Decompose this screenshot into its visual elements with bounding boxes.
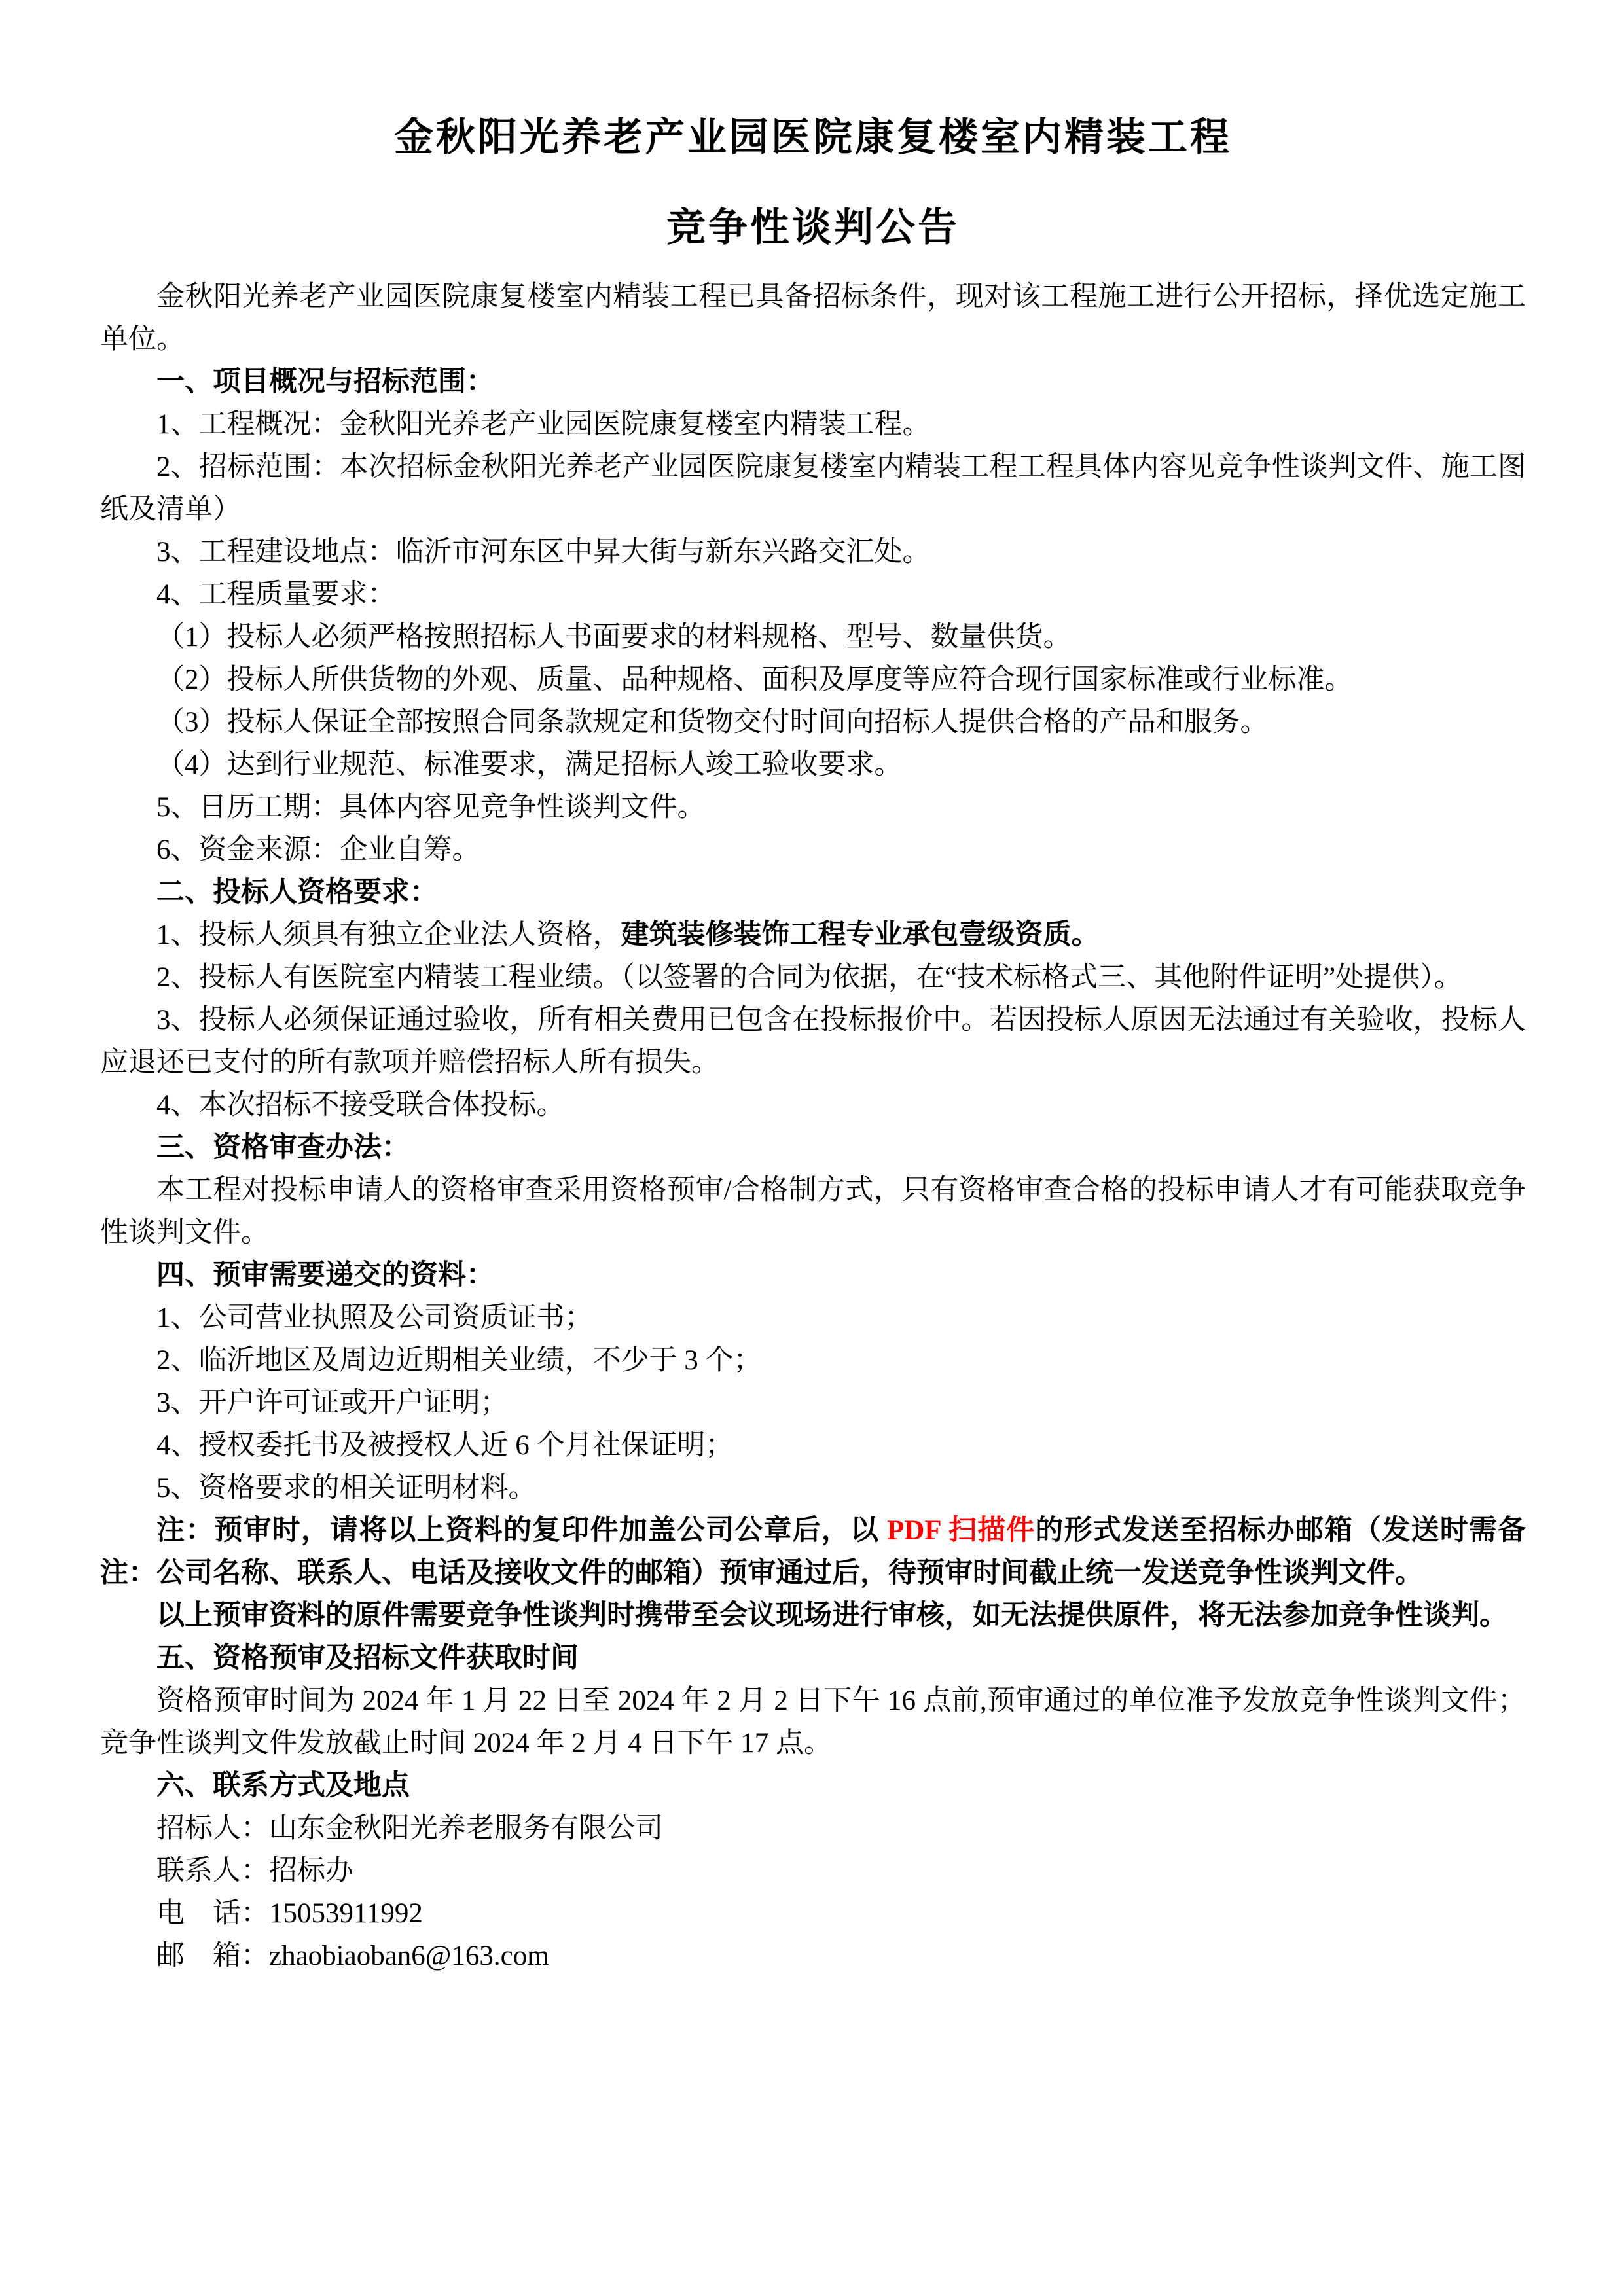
section-heading: 四、预审需要递交的资料： [100, 1254, 1526, 1297]
text-segment: 二、投标人资格要求： [156, 877, 438, 908]
text-segment: 资格预审时间为 2024 年 1 月 22 日至 2024 年 2 月 2 日下… [100, 1685, 1526, 1759]
text-segment: 3、开户许可证或开户证明； [156, 1388, 509, 1418]
paragraph: 6、资金来源：企业自筹。 [100, 829, 1526, 871]
paragraph: 本工程对投标申请人的资格审查采用资格预审/合格制方式，只有资格审查合格的投标申请… [100, 1169, 1526, 1254]
paragraph: 4、授权委托书及被授权人近 6 个月社保证明； [100, 1424, 1526, 1467]
text-segment: 1、投标人须具有独立企业法人资格， [156, 920, 621, 950]
paragraph: 注：预审时，请将以上资料的复印件加盖公司公章后，以 PDF 扫描件的形式发送至招… [100, 1509, 1526, 1594]
text-segment: （3）投标人保证全部按照合同条款规定和货物交付时间向招标人提供合格的产品和服务。 [156, 707, 1269, 738]
section-heading: 一、项目概况与招标范围： [100, 361, 1526, 403]
text-segment: 3、工程建设地点：临沂市河东区中昇大街与新东兴路交汇处。 [156, 537, 931, 567]
highlighted-red-text: PDF 扫描件 [887, 1515, 1035, 1546]
text-segment: 5、资格要求的相关证明材料。 [156, 1473, 537, 1503]
text-segment: 四、预审需要递交的资料： [156, 1260, 494, 1291]
text-segment: 联系人：招标办 [156, 1856, 353, 1886]
paragraph: 3、投标人必须保证通过验收，所有相关费用已包含在投标报价中。若因投标人原因无法通… [100, 999, 1526, 1084]
section-heading: 三、资格审查办法： [100, 1126, 1526, 1169]
paragraph: 2、投标人有医院室内精装工程业绩。（以签署的合同为依据，在“技术标格式三、其他附… [100, 956, 1526, 999]
paragraph: （1）投标人必须严格按照招标人书面要求的材料规格、型号、数量供货。 [100, 616, 1526, 658]
text-segment: 5、日历工期：具体内容见竞争性谈判文件。 [156, 792, 706, 823]
paragraph: 资格预审时间为 2024 年 1 月 22 日至 2024 年 2 月 2 日下… [100, 1679, 1526, 1765]
text-segment: 2、投标人有医院室内精装工程业绩。（以签署的合同为依据，在“技术标格式三、其他附… [156, 962, 1462, 993]
text-segment: 招标人：山东金秋阳光养老服务有限公司 [156, 1813, 663, 1844]
text-segment: 五、资格预审及招标文件获取时间 [156, 1643, 579, 1674]
document-body: 金秋阳光养老产业园医院康复楼室内精装工程已具备招标条件，现对该工程施工进行公开招… [100, 276, 1526, 1977]
text-segment: 邮 箱：zhaobiaoban6@163.com [156, 1941, 549, 1971]
paragraph: 4、本次招标不接受联合体投标。 [100, 1084, 1526, 1126]
paragraph: （2）投标人所供货物的外观、质量、品种规格、面积及厚度等应符合现行国家标准或行业… [100, 658, 1526, 701]
paragraph: 1、工程概况：金秋阳光养老产业园医院康复楼室内精装工程。 [100, 403, 1526, 446]
paragraph: 邮 箱：zhaobiaoban6@163.com [100, 1935, 1526, 1977]
paragraph: 3、工程建设地点：临沂市河东区中昇大街与新东兴路交汇处。 [100, 531, 1526, 573]
paragraph: 以上预审资料的原件需要竞争性谈判时携带至会议现场进行审核，如无法提供原件，将无法… [100, 1594, 1526, 1637]
paragraph: 1、公司营业执照及公司资质证书； [100, 1297, 1526, 1339]
paragraph: 电 话：15053911992 [100, 1892, 1526, 1935]
text-segment: 2、临沂地区及周边近期相关业绩，不少于 3 个； [156, 1345, 762, 1376]
document-content: 金秋阳光养老产业园医院康复楼室内精装工程 竞争性谈判公告 金秋阳光养老产业园医院… [0, 0, 1624, 1977]
paragraph: 招标人：山东金秋阳光养老服务有限公司 [100, 1807, 1526, 1850]
paragraph: 1、投标人须具有独立企业法人资格，建筑装修装饰工程专业承包壹级资质。 [100, 914, 1526, 956]
document-subtitle: 竞争性谈判公告 [100, 160, 1526, 276]
text-segment: 电 话：15053911992 [156, 1898, 423, 1929]
text-segment: 金秋阳光养老产业园医院康复楼室内精装工程已具备招标条件，现对该工程施工进行公开招… [100, 281, 1526, 355]
text-segment: 建筑装修装饰工程专业承包壹级资质。 [621, 920, 1100, 950]
text-segment: 一、项目概况与招标范围： [156, 367, 494, 397]
section-heading: 二、投标人资格要求： [100, 871, 1526, 914]
text-segment: 4、授权委托书及被授权人近 6 个月社保证明； [156, 1430, 734, 1461]
text-segment: 2、招标范围：本次招标金秋阳光养老产业园医院康复楼室内精装工程工程具体内容见竞争… [100, 452, 1526, 525]
text-segment: 6、资金来源：企业自筹。 [156, 834, 480, 865]
document-page: 金秋阳光养老产业园医院康复楼室内精装工程 竞争性谈判公告 金秋阳光养老产业园医院… [0, 0, 1624, 2296]
paragraph: 金秋阳光养老产业园医院康复楼室内精装工程已具备招标条件，现对该工程施工进行公开招… [100, 276, 1526, 361]
text-segment: 4、本次招标不接受联合体投标。 [156, 1090, 565, 1121]
text-segment: 本工程对投标申请人的资格审查采用资格预审/合格制方式，只有资格审查合格的投标申请… [100, 1175, 1526, 1248]
text-segment: 六、联系方式及地点 [156, 1770, 410, 1801]
paragraph: 2、临沂地区及周边近期相关业绩，不少于 3 个； [100, 1339, 1526, 1382]
text-segment: （1）投标人必须严格按照招标人书面要求的材料规格、型号、数量供货。 [156, 622, 1072, 653]
text-segment: 1、工程概况：金秋阳光养老产业园医院康复楼室内精装工程。 [156, 409, 931, 440]
text-segment: （4）达到行业规范、标准要求，满足招标人竣工验收要求。 [156, 749, 903, 780]
paragraph: 3、开户许可证或开户证明； [100, 1382, 1526, 1424]
paragraph: 5、资格要求的相关证明材料。 [100, 1467, 1526, 1509]
document-title: 金秋阳光养老产业园医院康复楼室内精装工程 [100, 0, 1526, 160]
paragraph: 2、招标范围：本次招标金秋阳光养老产业园医院康复楼室内精装工程工程具体内容见竞争… [100, 446, 1526, 531]
text-segment: 以上预审资料的原件需要竞争性谈判时携带至会议现场进行审核，如无法提供原件，将无法… [156, 1600, 1507, 1631]
text-segment: （2）投标人所供货物的外观、质量、品种规格、面积及厚度等应符合现行国家标准或行业… [156, 664, 1353, 695]
paragraph: 5、日历工期：具体内容见竞争性谈判文件。 [100, 786, 1526, 829]
text-segment: 三、资格审查办法： [156, 1132, 410, 1163]
paragraph: 4、工程质量要求： [100, 573, 1526, 616]
text-segment: 4、工程质量要求： [156, 579, 396, 610]
text-segment: 3、投标人必须保证通过验收，所有相关费用已包含在投标报价中。若因投标人原因无法通… [100, 1005, 1526, 1078]
section-heading: 五、资格预审及招标文件获取时间 [100, 1637, 1526, 1679]
paragraph: （3）投标人保证全部按照合同条款规定和货物交付时间向招标人提供合格的产品和服务。 [100, 701, 1526, 744]
paragraph: 联系人：招标办 [100, 1850, 1526, 1892]
text-segment: 注：预审时，请将以上资料的复印件加盖公司公章后，以 [156, 1515, 887, 1546]
section-heading: 六、联系方式及地点 [100, 1765, 1526, 1807]
text-segment: 1、公司营业执照及公司资质证书； [156, 1302, 593, 1333]
paragraph: （4）达到行业规范、标准要求，满足招标人竣工验收要求。 [100, 744, 1526, 786]
